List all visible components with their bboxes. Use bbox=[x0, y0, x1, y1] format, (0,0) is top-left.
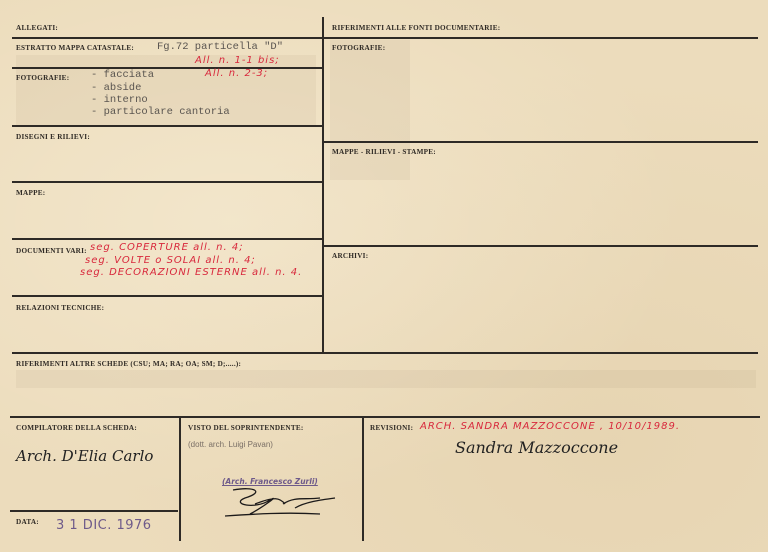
divider bbox=[12, 37, 322, 39]
estratto-mappa-label: ESTRATTO MAPPA CATASTALE: bbox=[16, 44, 134, 52]
documenti-vari-label: DOCUMENTI VARI: bbox=[16, 247, 87, 255]
revisioni-label: REVISIONI: bbox=[370, 424, 413, 432]
visto-soprintendente-label: VISTO DEL SOPRINTENDENTE: bbox=[188, 424, 304, 432]
column-divider bbox=[322, 17, 324, 352]
divider bbox=[322, 141, 758, 143]
revisioni-signature: Sandra Mazzoccone bbox=[455, 438, 618, 457]
fotografie-item: - particolare cantoria bbox=[91, 107, 230, 119]
date-stamp: 3 1 DIC. 1976 bbox=[56, 518, 152, 533]
divider bbox=[10, 510, 178, 512]
disegni-rilievi-label: DISEGNI E RILIEVI: bbox=[16, 133, 90, 141]
revisioni-annotation: ARCH. SANDRA MAZZOCCONE , 10/10/1989. bbox=[420, 421, 680, 432]
divider bbox=[12, 238, 322, 240]
riferimenti-altre-schede-label: RIFERIMENTI ALTRE SCHEDE (CSU; MA; RA; O… bbox=[16, 360, 241, 368]
allegati-label: ALLEGATI: bbox=[16, 24, 58, 32]
mappe-label: MAPPE: bbox=[16, 189, 45, 197]
visto-stamp: (Arch. Francesco Zurli) bbox=[222, 477, 318, 486]
fotografie-annotation: All. n. 2-3; bbox=[205, 68, 268, 79]
divider bbox=[322, 245, 758, 247]
divider bbox=[12, 181, 322, 183]
fotografie-item: - facciata bbox=[91, 70, 154, 82]
divider bbox=[322, 37, 758, 39]
relazioni-tecniche-label: RELAZIONI TECNICHE: bbox=[16, 304, 104, 312]
divider bbox=[12, 67, 322, 69]
documenti-vari-line: seg. DECORAZIONI ESTERNE all. n. 4. bbox=[80, 267, 302, 278]
fotografie-label: FOTOGRAFIE: bbox=[16, 74, 69, 82]
compilatore-signature: Arch. D'Elia Carlo bbox=[16, 447, 153, 465]
divider bbox=[12, 352, 758, 354]
estratto-mappa-annotation: All. n. 1-1 bis; bbox=[195, 55, 280, 66]
soprintendente-signature bbox=[225, 486, 345, 520]
visto-typed-name: (dott. arch. Luigi Pavan) bbox=[188, 440, 273, 449]
divider bbox=[12, 295, 322, 297]
fotografie-item: - abside bbox=[91, 83, 141, 95]
divider bbox=[10, 416, 760, 418]
footer-divider bbox=[362, 416, 364, 541]
fotografie-item: - interno bbox=[91, 95, 148, 107]
compilatore-label: COMPILATORE DELLA SCHEDA: bbox=[16, 424, 137, 432]
archivi-label: ARCHIVI: bbox=[332, 252, 368, 260]
mappe-rilievi-stampe-label: MAPPE - RILIEVI - STAMPE: bbox=[332, 148, 436, 156]
data-label: DATA: bbox=[16, 518, 39, 526]
riferimenti-fonti-label: RIFERIMENTI ALLE FONTI DOCUMENTARIE: bbox=[332, 24, 500, 32]
fonti-fotografie-label: FOTOGRAFIE: bbox=[332, 44, 385, 52]
documenti-vari-line: seg. COPERTURE all. n. 4; bbox=[90, 242, 244, 253]
footer-divider bbox=[179, 416, 181, 541]
show-through-band bbox=[16, 370, 756, 388]
documenti-vari-line: seg. VOLTE o SOLAI all. n. 4; bbox=[85, 255, 256, 266]
show-through-grid bbox=[330, 40, 410, 180]
divider bbox=[12, 125, 322, 127]
estratto-mappa-value: Fg.72 particella "D" bbox=[157, 42, 283, 54]
